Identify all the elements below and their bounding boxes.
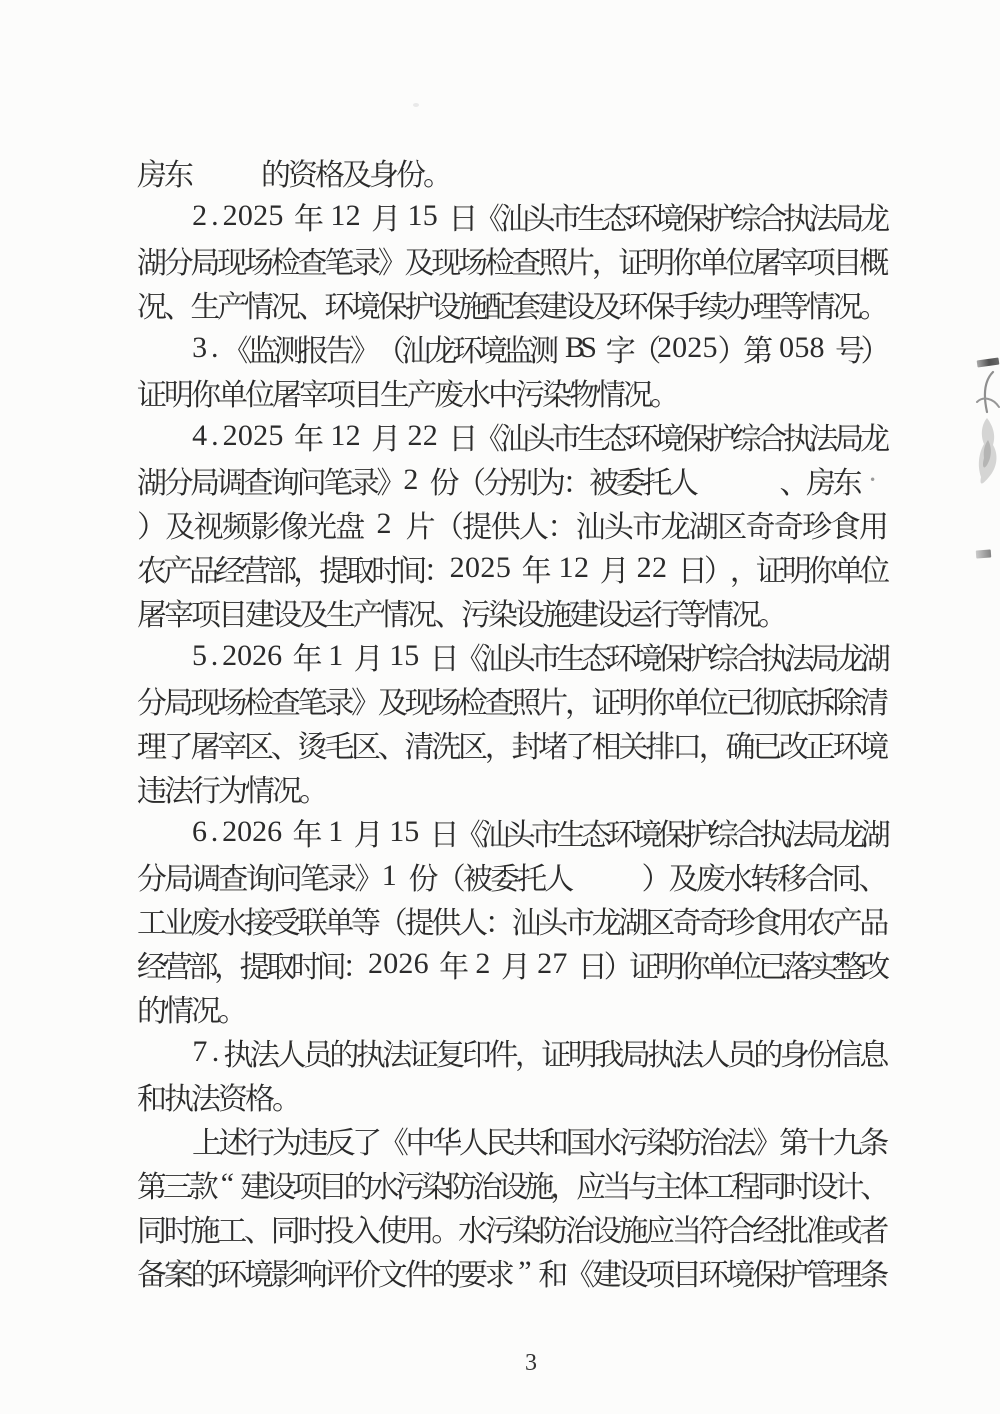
char: 分 bbox=[483, 458, 510, 502]
char: （ bbox=[436, 854, 463, 898]
char: 录 bbox=[351, 238, 378, 282]
char: 理 bbox=[137, 722, 164, 766]
char: 。 bbox=[299, 766, 326, 810]
char: 证 bbox=[619, 238, 646, 282]
char: 头 bbox=[526, 194, 552, 238]
char: 况 bbox=[272, 766, 299, 810]
char: 询 bbox=[246, 854, 273, 898]
char: 护 bbox=[706, 414, 732, 458]
char: 况 bbox=[407, 590, 434, 634]
text-line: 备案的环境影响评价文件的要求”和《建设项目环境保护管理条 bbox=[137, 1250, 886, 1294]
char: 合 bbox=[804, 854, 831, 898]
char: 境 bbox=[244, 1250, 271, 1294]
char: （ bbox=[631, 326, 657, 370]
text-line: 违法行为情况。 bbox=[137, 766, 886, 810]
char: 项 bbox=[326, 370, 353, 414]
char: 1 bbox=[407, 199, 422, 233]
char: 屠 bbox=[137, 590, 164, 634]
char: 奇 bbox=[746, 502, 773, 546]
char: 查 bbox=[271, 678, 298, 722]
char: 建 bbox=[538, 282, 565, 326]
char: 、 bbox=[244, 1206, 271, 1250]
char: 施 bbox=[619, 1206, 646, 1250]
char: 污 bbox=[461, 590, 488, 634]
char: 法 bbox=[164, 766, 191, 810]
char: 2 bbox=[345, 419, 360, 453]
char: 汕 bbox=[500, 414, 526, 458]
char: 》 bbox=[351, 678, 378, 722]
text-line: 农产品经营部，提取时间：2025年12月22日），证明你单位 bbox=[137, 546, 886, 590]
char: 你 bbox=[672, 238, 699, 282]
char: 查 bbox=[218, 854, 245, 898]
char: 食 bbox=[752, 898, 779, 942]
char: 委 bbox=[490, 854, 517, 898]
scan-tiny-mark bbox=[976, 549, 992, 558]
char: 明 bbox=[619, 678, 646, 722]
char: 市 bbox=[531, 810, 556, 854]
char: 件 bbox=[488, 1030, 515, 1074]
char: 问 bbox=[297, 458, 324, 502]
char: 单 bbox=[706, 942, 732, 986]
char: ） bbox=[642, 854, 669, 898]
char: 废 bbox=[191, 898, 218, 942]
char: 配 bbox=[485, 282, 512, 326]
char: 市 bbox=[551, 414, 577, 458]
text-line: 上述行为违反了《中华人民共和国水污染防治法》第十九条 bbox=[137, 1118, 886, 1162]
char: 经 bbox=[215, 546, 241, 590]
char: 证 bbox=[592, 678, 619, 722]
char: 时 bbox=[371, 546, 397, 590]
char: 时 bbox=[298, 1206, 325, 1250]
char: 头 bbox=[526, 414, 552, 458]
char: 你 bbox=[645, 678, 672, 722]
char: 污 bbox=[619, 1118, 646, 1162]
char: 份 bbox=[409, 854, 436, 898]
char: ： bbox=[423, 546, 449, 590]
char: 或 bbox=[833, 1206, 860, 1250]
char: 位 bbox=[726, 238, 753, 282]
char: 护 bbox=[706, 194, 732, 238]
char: 分 bbox=[137, 854, 164, 898]
char: 日 bbox=[448, 194, 474, 238]
char: 《 bbox=[455, 634, 480, 678]
char: 环 bbox=[833, 722, 860, 766]
char: 2 bbox=[253, 419, 268, 453]
char: 品 bbox=[189, 546, 215, 590]
char: 2 bbox=[252, 639, 267, 673]
char: 7 bbox=[192, 1035, 208, 1069]
char: 同 bbox=[137, 1206, 164, 1250]
char: 2 bbox=[652, 551, 667, 585]
char: 受 bbox=[271, 898, 298, 942]
char: 《 bbox=[379, 1118, 406, 1162]
char: 。 bbox=[218, 986, 245, 1030]
char: 及 bbox=[592, 282, 619, 326]
char: 境 bbox=[633, 634, 658, 678]
char: ： bbox=[563, 458, 590, 502]
char: 环 bbox=[699, 1250, 726, 1294]
char: 测 bbox=[529, 326, 555, 370]
char: 及 bbox=[405, 238, 432, 282]
char: 综 bbox=[731, 194, 757, 238]
char: 影 bbox=[250, 502, 277, 546]
char: 提 bbox=[240, 942, 266, 986]
char: 位 bbox=[860, 546, 886, 590]
char: 产 bbox=[407, 370, 434, 414]
char: 综 bbox=[731, 414, 757, 458]
char: 违 bbox=[299, 1118, 326, 1162]
char: 、 bbox=[378, 722, 405, 766]
char: 染 bbox=[512, 1206, 539, 1250]
char: 《 bbox=[455, 810, 480, 854]
char: 应 bbox=[645, 1206, 672, 1250]
char: 行 bbox=[191, 766, 218, 810]
char: 0 bbox=[237, 639, 252, 673]
char: 0 bbox=[237, 815, 252, 849]
char: 接 bbox=[244, 898, 271, 942]
char: 1 bbox=[328, 815, 343, 849]
char: 营 bbox=[241, 546, 267, 590]
char: 龙 bbox=[592, 898, 619, 942]
char: 证 bbox=[541, 1030, 568, 1074]
text-line: 3.《监测报告》（汕龙环境监测BS字（2025）第058号） bbox=[137, 326, 886, 370]
char: ， bbox=[699, 722, 726, 766]
char: 计 bbox=[834, 1162, 860, 1206]
char: 告 bbox=[325, 326, 351, 370]
char: 生 bbox=[326, 590, 353, 634]
char: 施 bbox=[542, 590, 569, 634]
text-line: 6.2026年1月15日《汕头市生态环境保护综合执法局龙湖 bbox=[137, 810, 886, 854]
char: 执 bbox=[759, 810, 784, 854]
char: . bbox=[207, 815, 222, 849]
char: 身 bbox=[369, 150, 396, 194]
char: 款 bbox=[189, 1162, 215, 1206]
scan-smudge bbox=[973, 416, 1000, 490]
char: 5 bbox=[794, 331, 809, 365]
char: 治 bbox=[699, 1118, 726, 1162]
char: 》 bbox=[376, 458, 403, 502]
char: 生 bbox=[556, 810, 581, 854]
char: 。 bbox=[758, 590, 785, 634]
char: 龙 bbox=[860, 194, 886, 238]
char: 我 bbox=[594, 1030, 621, 1074]
char: 境 bbox=[654, 194, 680, 238]
text-line: 房东的资格及身份。 bbox=[137, 150, 886, 194]
char: 理 bbox=[833, 1250, 860, 1294]
char: 月 bbox=[600, 546, 626, 590]
char: 法 bbox=[785, 634, 810, 678]
char: 治 bbox=[565, 1206, 592, 1250]
char: 0 bbox=[672, 331, 687, 365]
char: 水 bbox=[458, 1206, 485, 1250]
text-line: 况、生产情况、环境保护设施配套建设及环保手续办理等情况。 bbox=[137, 282, 886, 326]
char: 份 bbox=[396, 150, 423, 194]
char: 落 bbox=[783, 942, 809, 986]
char: 项 bbox=[191, 590, 218, 634]
document-page: 房东的资格及身份。2.2025年12月15日《汕头市生态环境保护综合执法局龙湖分… bbox=[0, 0, 1000, 1414]
char: 相 bbox=[592, 722, 619, 766]
char: 管 bbox=[806, 1250, 833, 1294]
char: . bbox=[207, 639, 222, 673]
char: 证 bbox=[629, 942, 655, 986]
char: 同 bbox=[271, 1206, 298, 1250]
char: 奇 bbox=[774, 502, 801, 546]
char: 求 bbox=[485, 1250, 512, 1294]
char: 2 bbox=[252, 815, 267, 849]
char: 物 bbox=[569, 370, 596, 414]
char: 执 bbox=[164, 1074, 191, 1118]
char: 条 bbox=[859, 1118, 886, 1162]
page-number: 3 bbox=[62, 1350, 1000, 1377]
char: 业 bbox=[164, 898, 191, 942]
char: 东 bbox=[833, 458, 860, 502]
char: 间 bbox=[317, 942, 343, 986]
char: 态 bbox=[603, 414, 629, 458]
char: 头 bbox=[506, 634, 531, 678]
char: 报 bbox=[299, 326, 325, 370]
char: 施 bbox=[524, 1162, 550, 1206]
redacted-blank bbox=[571, 876, 641, 877]
char: 三 bbox=[163, 1162, 189, 1206]
char: 月 bbox=[371, 194, 397, 238]
char: 、 bbox=[164, 282, 191, 326]
char: 局 bbox=[834, 194, 860, 238]
char: 检 bbox=[244, 678, 271, 722]
paragraph-indent bbox=[137, 348, 192, 349]
scan-faint-dot bbox=[413, 103, 419, 107]
char: 、 bbox=[860, 1162, 886, 1206]
char: 执 bbox=[783, 194, 809, 238]
char: 堵 bbox=[538, 722, 565, 766]
char: 综 bbox=[709, 634, 734, 678]
char: 环 bbox=[619, 282, 646, 326]
char: 态 bbox=[603, 194, 629, 238]
char: 境 bbox=[654, 414, 680, 458]
char: 《 bbox=[222, 326, 248, 370]
char: 清 bbox=[859, 678, 886, 722]
char: 防 bbox=[538, 1206, 565, 1250]
char: 违 bbox=[137, 766, 164, 810]
char: 移 bbox=[777, 854, 804, 898]
char: 日 bbox=[678, 546, 704, 590]
char: 号 bbox=[835, 326, 861, 370]
char: 境 bbox=[351, 282, 378, 326]
char: 明 bbox=[164, 370, 191, 414]
char: 。 bbox=[423, 150, 450, 194]
char: （ bbox=[376, 326, 402, 370]
char: 项 bbox=[645, 1250, 672, 1294]
char: 人 bbox=[276, 1030, 303, 1074]
char: ， bbox=[515, 1030, 542, 1074]
char: 项 bbox=[806, 238, 833, 282]
char: 你 bbox=[808, 546, 834, 590]
char: 民 bbox=[486, 1118, 513, 1162]
char: 市 bbox=[632, 502, 659, 546]
char: 应 bbox=[576, 1162, 602, 1206]
char: 市 bbox=[531, 634, 556, 678]
char: 资 bbox=[218, 1074, 245, 1118]
char: 字 bbox=[606, 326, 632, 370]
char: 水 bbox=[217, 898, 244, 942]
text-line: 工业废水接受联单等（提供人：汕头市龙湖区奇奇珍食用农产品 bbox=[137, 898, 886, 942]
text-line: 湖分局现场检查笔录》及现场检查照片，证明你单位屠宰项目概 bbox=[137, 238, 886, 282]
char: 产 bbox=[217, 282, 244, 326]
char: 农 bbox=[806, 898, 833, 942]
char: 分 bbox=[164, 238, 191, 282]
char: 品 bbox=[859, 898, 886, 942]
text-line: ）及视频影像光盘2片（提供人：汕头市龙湖区奇奇珍食用 bbox=[137, 502, 886, 546]
char: 当 bbox=[602, 1162, 628, 1206]
text-line: 分局现场检查笔录》及现场检查照片，证明你单位已彻底拆除清 bbox=[137, 678, 886, 722]
char: 环 bbox=[324, 282, 351, 326]
char: 案 bbox=[164, 1250, 191, 1294]
text-line: 屠宰项目建设及生产情况、污染设施建设运行等情况。 bbox=[137, 590, 886, 634]
char: 湖 bbox=[861, 634, 886, 678]
char: 5 bbox=[496, 551, 511, 585]
char: 护 bbox=[683, 634, 708, 678]
char: 染 bbox=[542, 370, 569, 414]
char: 环 bbox=[607, 810, 632, 854]
char: 间 bbox=[397, 546, 423, 590]
char: 场 bbox=[431, 678, 458, 722]
char: 局 bbox=[164, 854, 191, 898]
char: 法 bbox=[191, 1074, 218, 1118]
char: 态 bbox=[582, 810, 607, 854]
char: 宰 bbox=[779, 238, 806, 282]
char: 情 bbox=[704, 590, 731, 634]
char: 6 bbox=[414, 947, 429, 981]
char: 法 bbox=[809, 414, 835, 458]
char: 了 bbox=[565, 722, 592, 766]
text-line: 第三款“建设项目的水污染防治设施，应当与主体工程同时设计、 bbox=[137, 1162, 886, 1206]
char: 水 bbox=[369, 1162, 395, 1206]
char: 珍 bbox=[802, 502, 829, 546]
char: 1 bbox=[381, 859, 397, 893]
char: 当 bbox=[672, 1206, 699, 1250]
char: 月 bbox=[354, 634, 379, 678]
char: 东 bbox=[164, 150, 191, 194]
char: 日 bbox=[578, 942, 604, 986]
char: 污 bbox=[485, 1206, 512, 1250]
char: 、 bbox=[271, 722, 298, 766]
char: 执 bbox=[759, 634, 784, 678]
char: 已 bbox=[726, 678, 753, 722]
char: 生 bbox=[556, 634, 581, 678]
char: 清 bbox=[405, 722, 432, 766]
char: 人 bbox=[669, 458, 696, 502]
char: 况 bbox=[271, 282, 298, 326]
char: 。 bbox=[431, 1206, 458, 1250]
char: 情 bbox=[245, 766, 272, 810]
char: 环 bbox=[629, 194, 655, 238]
char: 联 bbox=[298, 898, 325, 942]
char: 现 bbox=[405, 678, 432, 722]
char: 法 bbox=[726, 1118, 753, 1162]
char: 湖 bbox=[137, 238, 164, 282]
char: 排 bbox=[645, 722, 672, 766]
char: 录 bbox=[327, 854, 354, 898]
char: 境 bbox=[859, 722, 886, 766]
char: 2 bbox=[657, 331, 672, 365]
char: 汕 bbox=[480, 634, 505, 678]
char: 查 bbox=[243, 458, 270, 502]
char: 汕 bbox=[512, 898, 539, 942]
char: 的 bbox=[431, 1250, 458, 1294]
char: 法 bbox=[250, 1030, 277, 1074]
char: 调 bbox=[191, 854, 218, 898]
char: ， bbox=[592, 238, 619, 282]
char: 合 bbox=[734, 634, 759, 678]
char: 况 bbox=[623, 370, 650, 414]
char: 实 bbox=[809, 942, 835, 986]
char: 局 bbox=[191, 238, 218, 282]
char: 套 bbox=[512, 282, 539, 326]
char: 照 bbox=[512, 678, 539, 722]
char: 场 bbox=[458, 238, 485, 282]
char: 合 bbox=[757, 194, 783, 238]
char: 2 bbox=[223, 199, 238, 233]
char: 和 bbox=[538, 1250, 565, 1294]
char: 情 bbox=[596, 370, 623, 414]
char: 你 bbox=[681, 942, 707, 986]
char: 设 bbox=[499, 1162, 525, 1206]
text-line: 理了屠宰区、烫毛区、清洗区，封堵了相关排口，确已改正环境 bbox=[137, 722, 886, 766]
char: 设 bbox=[266, 1162, 292, 1206]
char: 检 bbox=[271, 238, 298, 282]
char: 明 bbox=[568, 1030, 595, 1074]
char: 用 bbox=[859, 502, 886, 546]
char: 汕 bbox=[480, 810, 505, 854]
char: 2 bbox=[253, 199, 268, 233]
char: ： bbox=[485, 898, 512, 942]
char: 年 bbox=[294, 414, 320, 458]
char: 5 bbox=[192, 639, 207, 673]
char: 房 bbox=[806, 458, 833, 502]
char: 批 bbox=[779, 1206, 806, 1250]
char: 国 bbox=[566, 1118, 593, 1162]
char: 使 bbox=[378, 1206, 405, 1250]
char: 述 bbox=[219, 1118, 246, 1162]
char: 设 bbox=[272, 590, 299, 634]
char: 环 bbox=[607, 634, 632, 678]
char: 封 bbox=[512, 722, 539, 766]
char: 汕 bbox=[401, 326, 427, 370]
char: 单 bbox=[834, 546, 860, 590]
char: 时 bbox=[164, 1206, 191, 1250]
char: 信 bbox=[833, 1030, 860, 1074]
char: 护 bbox=[405, 282, 432, 326]
char: 部 bbox=[267, 546, 293, 590]
char: 营 bbox=[163, 942, 189, 986]
char: 盘 bbox=[335, 502, 362, 546]
char: 项 bbox=[292, 1162, 318, 1206]
char: 要 bbox=[458, 1250, 485, 1294]
char: 湖 bbox=[619, 898, 646, 942]
char: 被 bbox=[463, 854, 490, 898]
char: 染 bbox=[488, 590, 515, 634]
char: 片 bbox=[406, 502, 433, 546]
char: 及 bbox=[378, 678, 405, 722]
char: 用 bbox=[779, 898, 806, 942]
char: 用 bbox=[405, 1206, 432, 1250]
char: 被 bbox=[589, 458, 616, 502]
char: 《 bbox=[474, 194, 500, 238]
char: ， bbox=[550, 1162, 576, 1206]
char: 运 bbox=[623, 590, 650, 634]
char: 2 bbox=[376, 507, 392, 541]
char: 部 bbox=[188, 942, 214, 986]
char: 5 bbox=[268, 419, 283, 453]
